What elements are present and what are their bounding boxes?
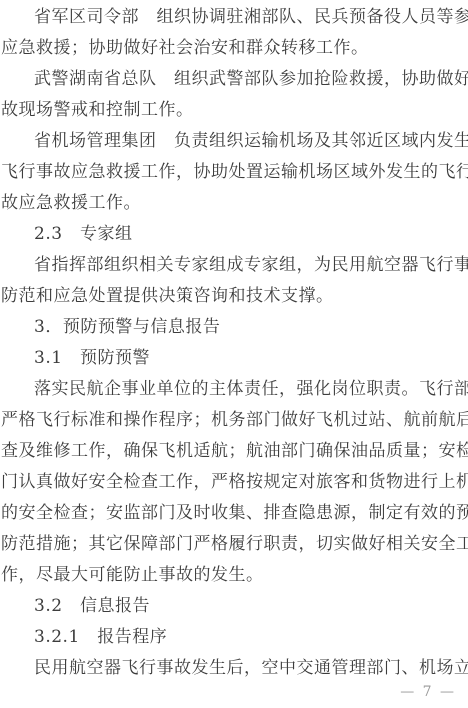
body-text-line: 门认真做好安全检查工作，严格按规定对旅客和货物进行上机前 — [0, 467, 468, 498]
body-text-line: 故现场警戒和控制工作。 — [0, 95, 468, 126]
body-text-line: 防范措施；其它保障部门严格履行职责，切实做好相关安全工 — [0, 529, 468, 560]
body-text-line: 严格飞行标准和操作程序；机务部门做好飞机过站、航前航后检 — [0, 405, 468, 436]
heading-line: 3.2.1 报告程序 — [0, 622, 468, 653]
body-text-line: 省军区司令部 组织协调驻湘部队、民兵预备役人员等参与 — [0, 2, 468, 33]
body-text-line: 省机场管理集团 负责组织运输机场及其邻近区域内发生的 — [0, 126, 468, 157]
heading-line: 3．预防预警与信息报告 — [0, 312, 468, 343]
page-lines: 省军区司令部 组织协调驻湘部队、民兵预备役人员等参与应急救援；协助做好社会治安和… — [0, 2, 468, 684]
body-text-line: 查及维修工作，确保飞机适航；航油部门确保油品质量；安检部 — [0, 436, 468, 467]
body-text-line: 民用航空器飞行事故发生后，空中交通管理部门、机场立即 — [0, 653, 468, 684]
body-text-line: 应急救援；协助做好社会治安和群众转移工作。 — [0, 33, 468, 64]
heading-line: 2.3 专家组 — [0, 219, 468, 250]
body-text-line: 落实民航企事业单位的主体责任，强化岗位职责。飞行部门 — [0, 374, 468, 405]
page-number: — 7 — — [400, 684, 456, 700]
body-text-line: 省指挥部组织相关专家组成专家组，为民用航空器飞行事故 — [0, 250, 468, 281]
document-page: 省军区司令部 组织协调驻湘部队、民兵预备役人员等参与应急救援；协助做好社会治安和… — [0, 0, 468, 708]
body-text-line: 防范和应急处置提供决策咨询和技术支撑。 — [0, 281, 468, 312]
body-text-line: 作，尽最大可能防止事故的发生。 — [0, 560, 468, 591]
body-text-line: 的安全检查；安监部门及时收集、排查隐患源，制定有效的预警 — [0, 498, 468, 529]
heading-line: 3.2 信息报告 — [0, 591, 468, 622]
heading-line: 3.1 预防预警 — [0, 343, 468, 374]
body-text-line: 武警湖南省总队 组织武警部队参加抢险救援，协助做好事 — [0, 64, 468, 95]
body-text-line: 故应急救援工作。 — [0, 188, 468, 219]
body-text-line: 飞行事故应急救援工作，协助处置运输机场区域外发生的飞行事 — [0, 157, 468, 188]
